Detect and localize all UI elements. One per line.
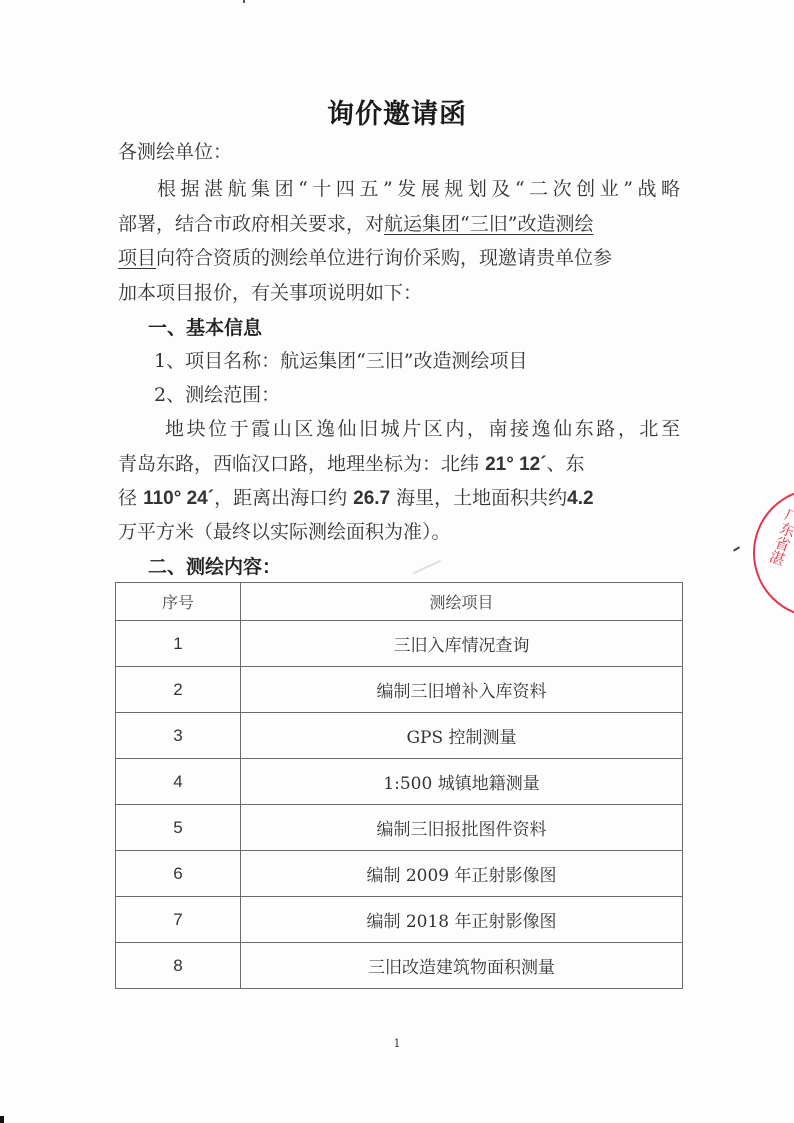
intro-line-4: 加本项目报价，有关事项说明如下： xyxy=(118,281,422,305)
table-header-row: 序号 测绘项目 xyxy=(116,583,683,621)
scan-smudge xyxy=(413,560,441,574)
row-no: 2 xyxy=(116,667,241,713)
stray-pen-mark xyxy=(733,546,740,551)
table-row: 5 编制三旧报批图件资料 xyxy=(116,805,683,851)
survey-items-table: 序号 测绘项目 1 三旧入库情况查询 2 编制三旧增补入库资料 3 GPS 控制… xyxy=(115,582,683,989)
table-row: 1 三旧入库情况查询 xyxy=(116,621,683,667)
row-item: GPS 控制测量 xyxy=(241,713,683,759)
intro-line-2-text: 部署，结合市政府相关要求，对 xyxy=(118,213,384,235)
row-no: 8 xyxy=(116,943,241,989)
intro-line-1: 根据湛航集团“十四五”发展规划及“二次创业”战略 xyxy=(157,177,680,201)
table-row: 2 编制三旧增补入库资料 xyxy=(116,667,683,713)
page-number: 1 xyxy=(0,1037,794,1050)
scope-line-3: 径 110° 24´，距离出海口约 26.7 海里，土地面积共约4.2 xyxy=(118,486,680,511)
scan-artifact-dot xyxy=(243,0,245,3)
table-row: 4 1:500 城镇地籍测量 xyxy=(116,759,683,805)
table-row: 7 编制 2018 年正射影像图 xyxy=(116,897,683,943)
project-name-underlined: 航运集团“三旧”改造测绘 xyxy=(384,213,593,235)
document-page: 询价邀请函 各测绘单位： 根据湛航集团“十四五”发展规划及“二次创业”战略 部署… xyxy=(0,0,794,1123)
project-name-item: 1、项目名称：航运集团“三旧”改造测绘项目 xyxy=(154,349,528,373)
intro-line-3: 项目向符合资质的测绘单位进行询价采购，现邀请贵单位参 xyxy=(118,246,680,270)
salutation: 各测绘单位： xyxy=(118,140,232,164)
row-no: 4 xyxy=(116,759,241,805)
distance-value: 26.7 xyxy=(353,488,390,509)
row-item: 编制三旧增补入库资料 xyxy=(241,667,683,713)
row-no: 5 xyxy=(116,805,241,851)
section-heading-basic-info: 一、基本信息 xyxy=(148,316,262,340)
scope-line-2: 青岛东路，西临汉口路，地理坐标为：北纬 21° 12´、东 xyxy=(118,452,680,477)
table-row: 6 编制 2009 年正射影像图 xyxy=(116,851,683,897)
header-item: 测绘项目 xyxy=(241,583,683,621)
stamp-text: 广东省湛 xyxy=(754,501,794,568)
longitude-value: 110° 24´ xyxy=(143,488,214,509)
document-title: 询价邀请函 xyxy=(0,92,794,131)
table-row: 8 三旧改造建筑物面积测量 xyxy=(116,943,683,989)
row-item: 三旧入库情况查询 xyxy=(241,621,683,667)
row-item: 三旧改造建筑物面积测量 xyxy=(241,943,683,989)
row-no: 7 xyxy=(116,897,241,943)
latitude-value: 21° 12´ xyxy=(485,454,546,475)
project-name-underlined-cont: 项目 xyxy=(118,247,156,269)
survey-scope-item: 2、测绘范围： xyxy=(154,383,280,407)
row-item: 编制 2009 年正射影像图 xyxy=(241,851,683,897)
area-value: 4.2 xyxy=(567,488,593,509)
header-no: 序号 xyxy=(116,583,241,621)
row-no: 6 xyxy=(116,851,241,897)
scope-line-2-suffix: 、东 xyxy=(547,453,585,475)
scope-line-1: 地块位于霞山区逸仙旧城片区内，南接逸仙东路，北至 xyxy=(165,417,680,441)
scope-line-2-text: 青岛东路，西临汉口路，地理坐标为：北纬 xyxy=(118,453,479,475)
scope-line-3-text-2: 海里，土地面积共约 xyxy=(396,487,567,509)
row-no: 1 xyxy=(116,621,241,667)
scope-line-3-text: ，距离出海口约 xyxy=(214,487,347,509)
scope-line-4: 万平方米（最终以实际测绘面积为准）。 xyxy=(118,520,451,544)
table-row: 3 GPS 控制测量 xyxy=(116,713,683,759)
scope-line-3-prefix: 径 xyxy=(118,487,137,509)
scan-corner-mark xyxy=(0,1116,4,1123)
row-item: 1:500 城镇地籍测量 xyxy=(241,759,683,805)
official-seal-stamp: 广东省湛 xyxy=(753,488,794,618)
row-item: 编制三旧报批图件资料 xyxy=(241,805,683,851)
row-no: 3 xyxy=(116,713,241,759)
intro-line-3-text: 向符合资质的测绘单位进行询价采购，现邀请贵单位参 xyxy=(156,247,612,269)
intro-line-2: 部署，结合市政府相关要求，对航运集团“三旧”改造测绘 xyxy=(118,212,680,236)
section-heading-survey-content: 二、测绘内容： xyxy=(148,555,281,579)
row-item: 编制 2018 年正射影像图 xyxy=(241,897,683,943)
